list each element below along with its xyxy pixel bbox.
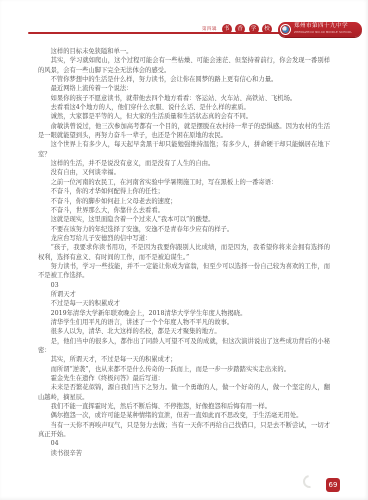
body-paragraph: 没有自由，又何谈幸福。 — [38, 168, 330, 177]
badge-circle-1: 书 — [222, 24, 232, 34]
body-paragraph: 不奋斗，世界那么大，你靠什么去看看。 — [38, 206, 330, 215]
header-badge-cluster: 第四辑 书 香 学 校 郑州市第四十九中学 Zhengzhou No.49 Mi… — [202, 20, 362, 38]
body-paragraph: 霍金先生在遗作《终极问答》最后写道： — [38, 374, 330, 383]
school-ribbon: 郑州市第四十九中学 Zhengzhou No.49 Middle School — [278, 22, 362, 37]
body-paragraph: 当有一天你不再唉声叹气，只是努力去做；当有一天你不再给自己找借口，只是去不断尝试… — [38, 421, 330, 440]
body-paragraph: 其实，所谓天才，不过是每一天的积累成才； — [38, 355, 330, 364]
body-paragraph: 03 — [38, 281, 330, 290]
body-paragraph: 清华学生们用平凡的语言，讲述了一个个年度人物不平凡的故事。 — [38, 318, 330, 327]
body-paragraph: 这个世界上有多少人，每天起早贪黑干却只能勉强维持温饱；有多少人，拼命硬干却只能蜗… — [38, 140, 330, 159]
body-paragraph: 是，他们当中的很多人，都作出了同龄人可望不可及的成就，但这次演讲说出了这些成功背… — [38, 337, 330, 356]
body-paragraph: 其实，学习就如爬山，这个过程可能会有一些枯燥、可能会迷茫、但坚持着前行，你会发现… — [38, 56, 330, 75]
page-number-badge: 69 — [326, 478, 340, 492]
body-paragraph: 之前一位河南的农民工，在河南省实验中学暑期施工时，写在黑板上的一番寄语： — [38, 178, 330, 187]
body-text: 这样的目标未免狭隘和单一。其实，学习就如爬山，这个过程可能会有一些枯燥、可能会迷… — [38, 47, 330, 458]
body-paragraph: 偶尔抱怨一次，或许可能是某种情绪的宣泄，但若一直如此而不思改变，于生活毫无用处。 — [38, 411, 330, 420]
body-paragraph: 这样的目标未免狭隘和单一。 — [38, 47, 330, 56]
school-logo-icon — [280, 24, 291, 35]
body-paragraph: 这样的生活，并不是说没有意义，而是没有了人生的自由。 — [38, 159, 330, 168]
body-paragraph: 04 — [38, 439, 330, 448]
document-page: 第四辑 书 香 学 校 郑州市第四十九中学 Zhengzhou No.49 Mi… — [0, 0, 368, 500]
body-paragraph: 去看看这4个地方的人，他们穿什么衣服、说什么话、是什么样的素质。 — [38, 103, 330, 112]
body-paragraph: 不奋斗，你的脚步如何赶上父母老去的速度； — [38, 197, 330, 206]
body-paragraph: 未来是否繁花似锦，源自我们当下之努力。做一个勇敢的人，做一个好奇的人，做一个坚定… — [38, 383, 330, 402]
badge-circle-2: 香 — [235, 24, 245, 34]
school-name-en: Zhengzhou No.49 Middle School — [294, 31, 352, 34]
body-paragraph: 我们不能一直挥霍时光，然后不断后悔、不停抱怨，好像抱怨和后悔有用一样。 — [38, 402, 330, 411]
body-paragraph: 2019年清华大学新年联欢晚会上，2018清华大学学生年度人物揭晓。 — [38, 309, 330, 318]
body-paragraph: 所谓天才 — [38, 290, 330, 299]
body-paragraph: 诚然，大家都是平等的人，但大家的生活质量和生活状态真的会有不同。 — [38, 112, 330, 121]
body-paragraph: 不过是每一天的积累成才 — [38, 299, 330, 308]
body-paragraph: 龙应台写给儿子安德烈的信中写道： — [38, 234, 330, 243]
body-paragraph: 努力读书，学习一些技能，并不一定能让你成为富翁，但至少可以选择一份自己较为喜欢的… — [38, 262, 330, 281]
body-paragraph: 很多人以为，清华、北大这样的名校，都是天才聚集的地方。 — [38, 327, 330, 336]
body-paragraph: “孩子，我要求你读书用功，不是因为我要你跟别人比成绩，而是因为，我希望你将来会拥… — [38, 243, 330, 262]
footer-ornament-icon — [300, 472, 318, 490]
body-paragraph: 读书很辛苦 — [38, 449, 330, 458]
body-paragraph: 俞敏洪曾说过，他三次参加高考都有一个目的，就是摆脱在农村待一辈子的恐惧感。因为农… — [38, 122, 330, 141]
body-paragraph: 不奋斗，你的才华如何配得上你的任性； — [38, 187, 330, 196]
badge-circle-4: 校 — [262, 24, 272, 34]
body-paragraph: 这就是现实，这里面隐含着一个过来人“我本可以”的酸楚。 — [38, 215, 330, 224]
body-paragraph: 而所谓“逆袭”，也从来都不是什么传奇的一跃而上，而是一步一步踏踏实实走出来的。 — [38, 365, 330, 374]
badge-circle-3: 学 — [249, 24, 259, 34]
page-header: 第四辑 书 香 学 校 郑州市第四十九中学 Zhengzhou No.49 Mi… — [0, 18, 368, 40]
volume-label: 第四辑 — [202, 26, 217, 32]
body-paragraph: 不管你梦想中的生活是什么样，努力读书，会让你在圆梦的路上更有信心和力量。 — [38, 75, 330, 84]
body-paragraph: 如果你的孩子不愿意读书，就带他去四个地方看看：客运站、火车站、高铁站、飞机场。 — [38, 94, 330, 103]
body-paragraph: 不要在该努力的年纪选择了安逸，安逸不是青春年少应有的样子。 — [38, 225, 330, 234]
body-paragraph: 最近网络上流传着一个说法： — [38, 84, 330, 93]
